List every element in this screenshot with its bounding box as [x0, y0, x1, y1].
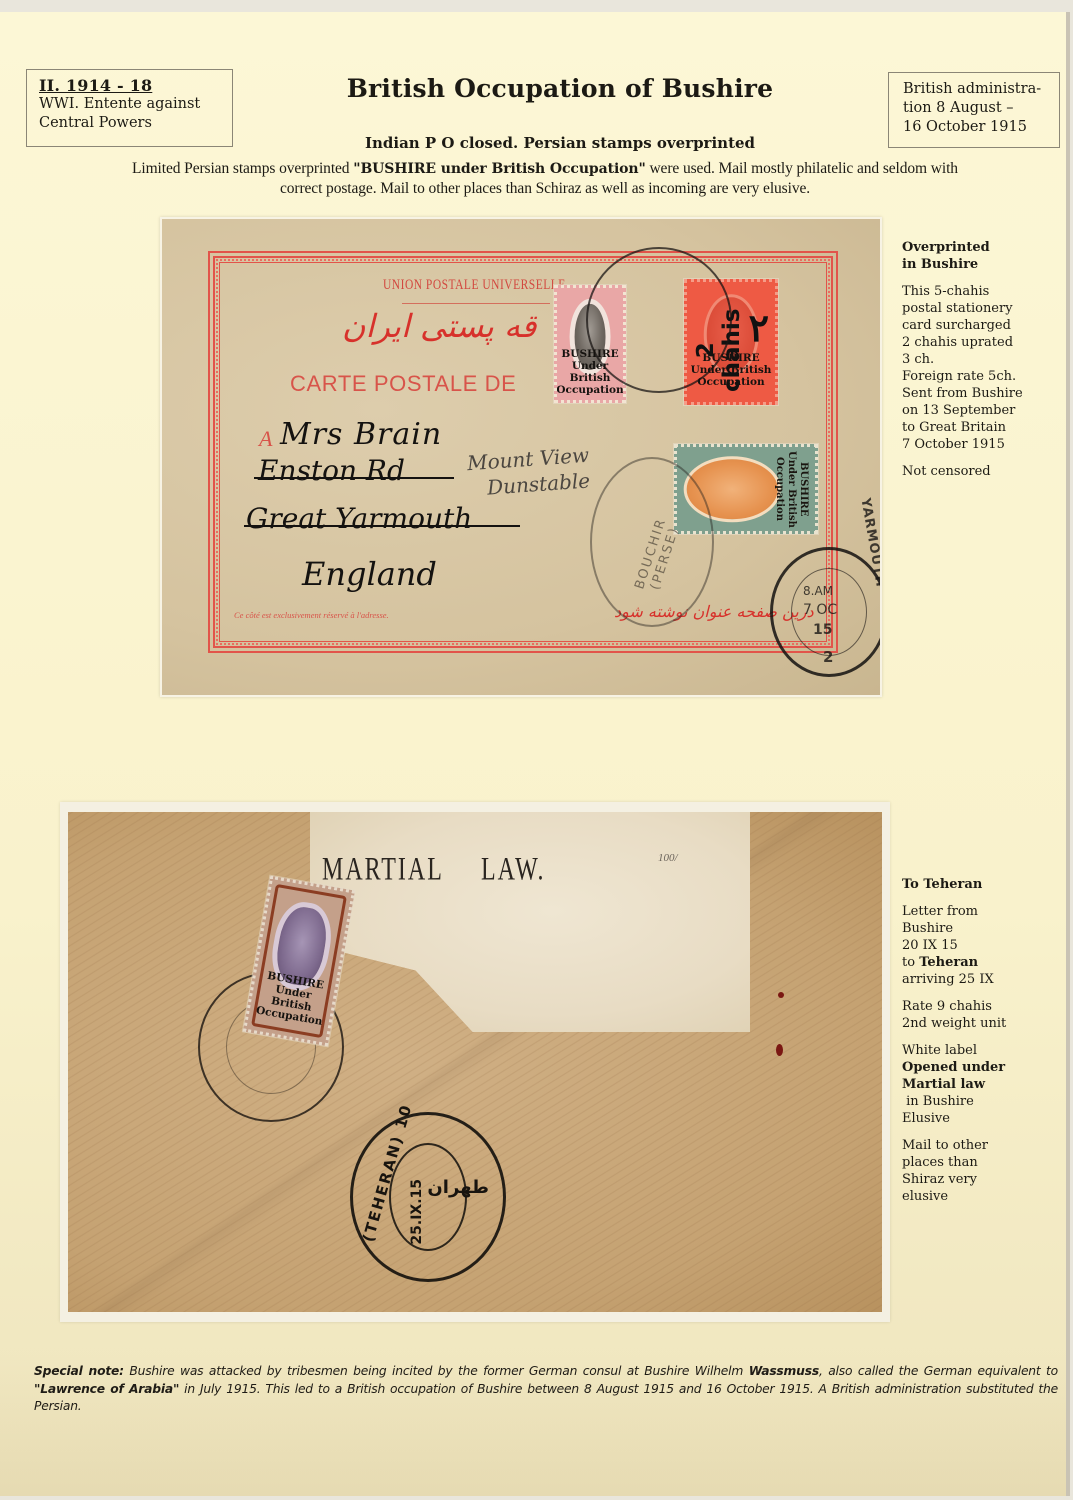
notes-route: Letter from Bushire 20 IX 15 to Teheran …: [902, 903, 1062, 988]
address-town: Great Yarmouth: [246, 502, 472, 535]
notes-heading: To Teheran: [902, 876, 1062, 893]
divider: [402, 303, 550, 304]
carte-postale-title: CARTE POSTALE DE: [290, 371, 516, 397]
card-footer-french: Ce côté est exclusivement réservé à l'ad…: [234, 610, 389, 620]
label-text: MARTIAL LAW.: [322, 852, 546, 888]
special-note-label: Special note:: [34, 1364, 124, 1378]
era-line: WWI. Entente against: [39, 95, 222, 114]
era-heading: II. 1914 - 18: [39, 76, 222, 95]
admin-line: British administra-: [903, 80, 1045, 99]
upu-header: UNION POSTALE UNIVERSELLE: [383, 277, 566, 293]
overprint: BUSHIRE Under British Occupation: [773, 447, 809, 531]
notes-body: This 5-chahis postal stationery card sur…: [902, 283, 1062, 453]
postcard-image: UNION POSTALE UNIVERSELLE قه پستی ایران …: [162, 219, 880, 695]
address-prefix: A: [259, 426, 272, 452]
persian-title: قه پستی ایران: [342, 307, 536, 345]
admin-line: 16 October 1915: [903, 118, 1045, 137]
wax-spot: [776, 1044, 783, 1056]
intro-text: Limited Persian stamps overprinted "BUSH…: [30, 159, 1060, 198]
admin-box: British administra- tion 8 August – 16 O…: [888, 72, 1060, 148]
address-name: Mrs Brain: [280, 417, 442, 452]
notes-heading: Overprinted in Bushire: [902, 239, 1062, 273]
special-note: Special note: Bushire was attacked by tr…: [34, 1363, 1058, 1416]
surcharge-persian: ٢: [749, 308, 769, 348]
overprint: BUSHIRE Under British Occupation: [691, 352, 772, 388]
address-street: Enston Rd: [258, 454, 405, 487]
notes-censor: Not censored: [902, 463, 1062, 480]
pencil-mark: 100/: [658, 852, 678, 864]
envelope-mount: MARTIAL LAW. 100/ BUSHIRE Under British …: [60, 802, 890, 1322]
strikethrough: [254, 477, 454, 479]
postmark-teheran: (TEHERAN) 10 25.IX.15 طهران: [350, 1112, 506, 1282]
postcard-mount: UNION POSTALE UNIVERSELLE قه پستی ایران …: [160, 217, 882, 697]
album-page: II. 1914 - 18 WWI. Entente against Centr…: [0, 12, 1070, 1496]
notes-rate: Rate 9 chahis 2nd weight unit: [902, 998, 1062, 1032]
overprint: BUSHIRE Under British Occupation: [556, 348, 623, 396]
era-line: Central Powers: [39, 114, 222, 133]
overprint-quote: "BUSHIRE under British Occupation": [353, 161, 645, 177]
postcard-notes: Overprinted in Bushire This 5-chahis pos…: [902, 239, 1062, 490]
address-country: England: [302, 555, 437, 593]
postmark-bushire: BOUCHIR (PERSE): [590, 457, 714, 627]
page-title: British Occupation of Bushire: [240, 74, 880, 103]
postmark-yarmouth: YARMOUTH 8.AM 7 OC 15 2: [770, 547, 880, 677]
era-box: II. 1914 - 18 WWI. Entente against Centr…: [26, 69, 233, 147]
page-subtitle: Indian P O closed. Persian stamps overpr…: [240, 134, 880, 152]
envelope-notes: To Teheran Letter from Bushire 20 IX 15 …: [902, 876, 1062, 1215]
envelope-image: MARTIAL LAW. 100/ BUSHIRE Under British …: [68, 812, 882, 1312]
notes-label: White label Opened under Martial law in …: [902, 1042, 1062, 1127]
notes-rarity: Mail to other places than Shiraz very el…: [902, 1137, 1062, 1205]
strikethrough: [244, 525, 520, 527]
admin-line: tion 8 August –: [903, 99, 1045, 118]
wax-spot: [778, 992, 784, 998]
